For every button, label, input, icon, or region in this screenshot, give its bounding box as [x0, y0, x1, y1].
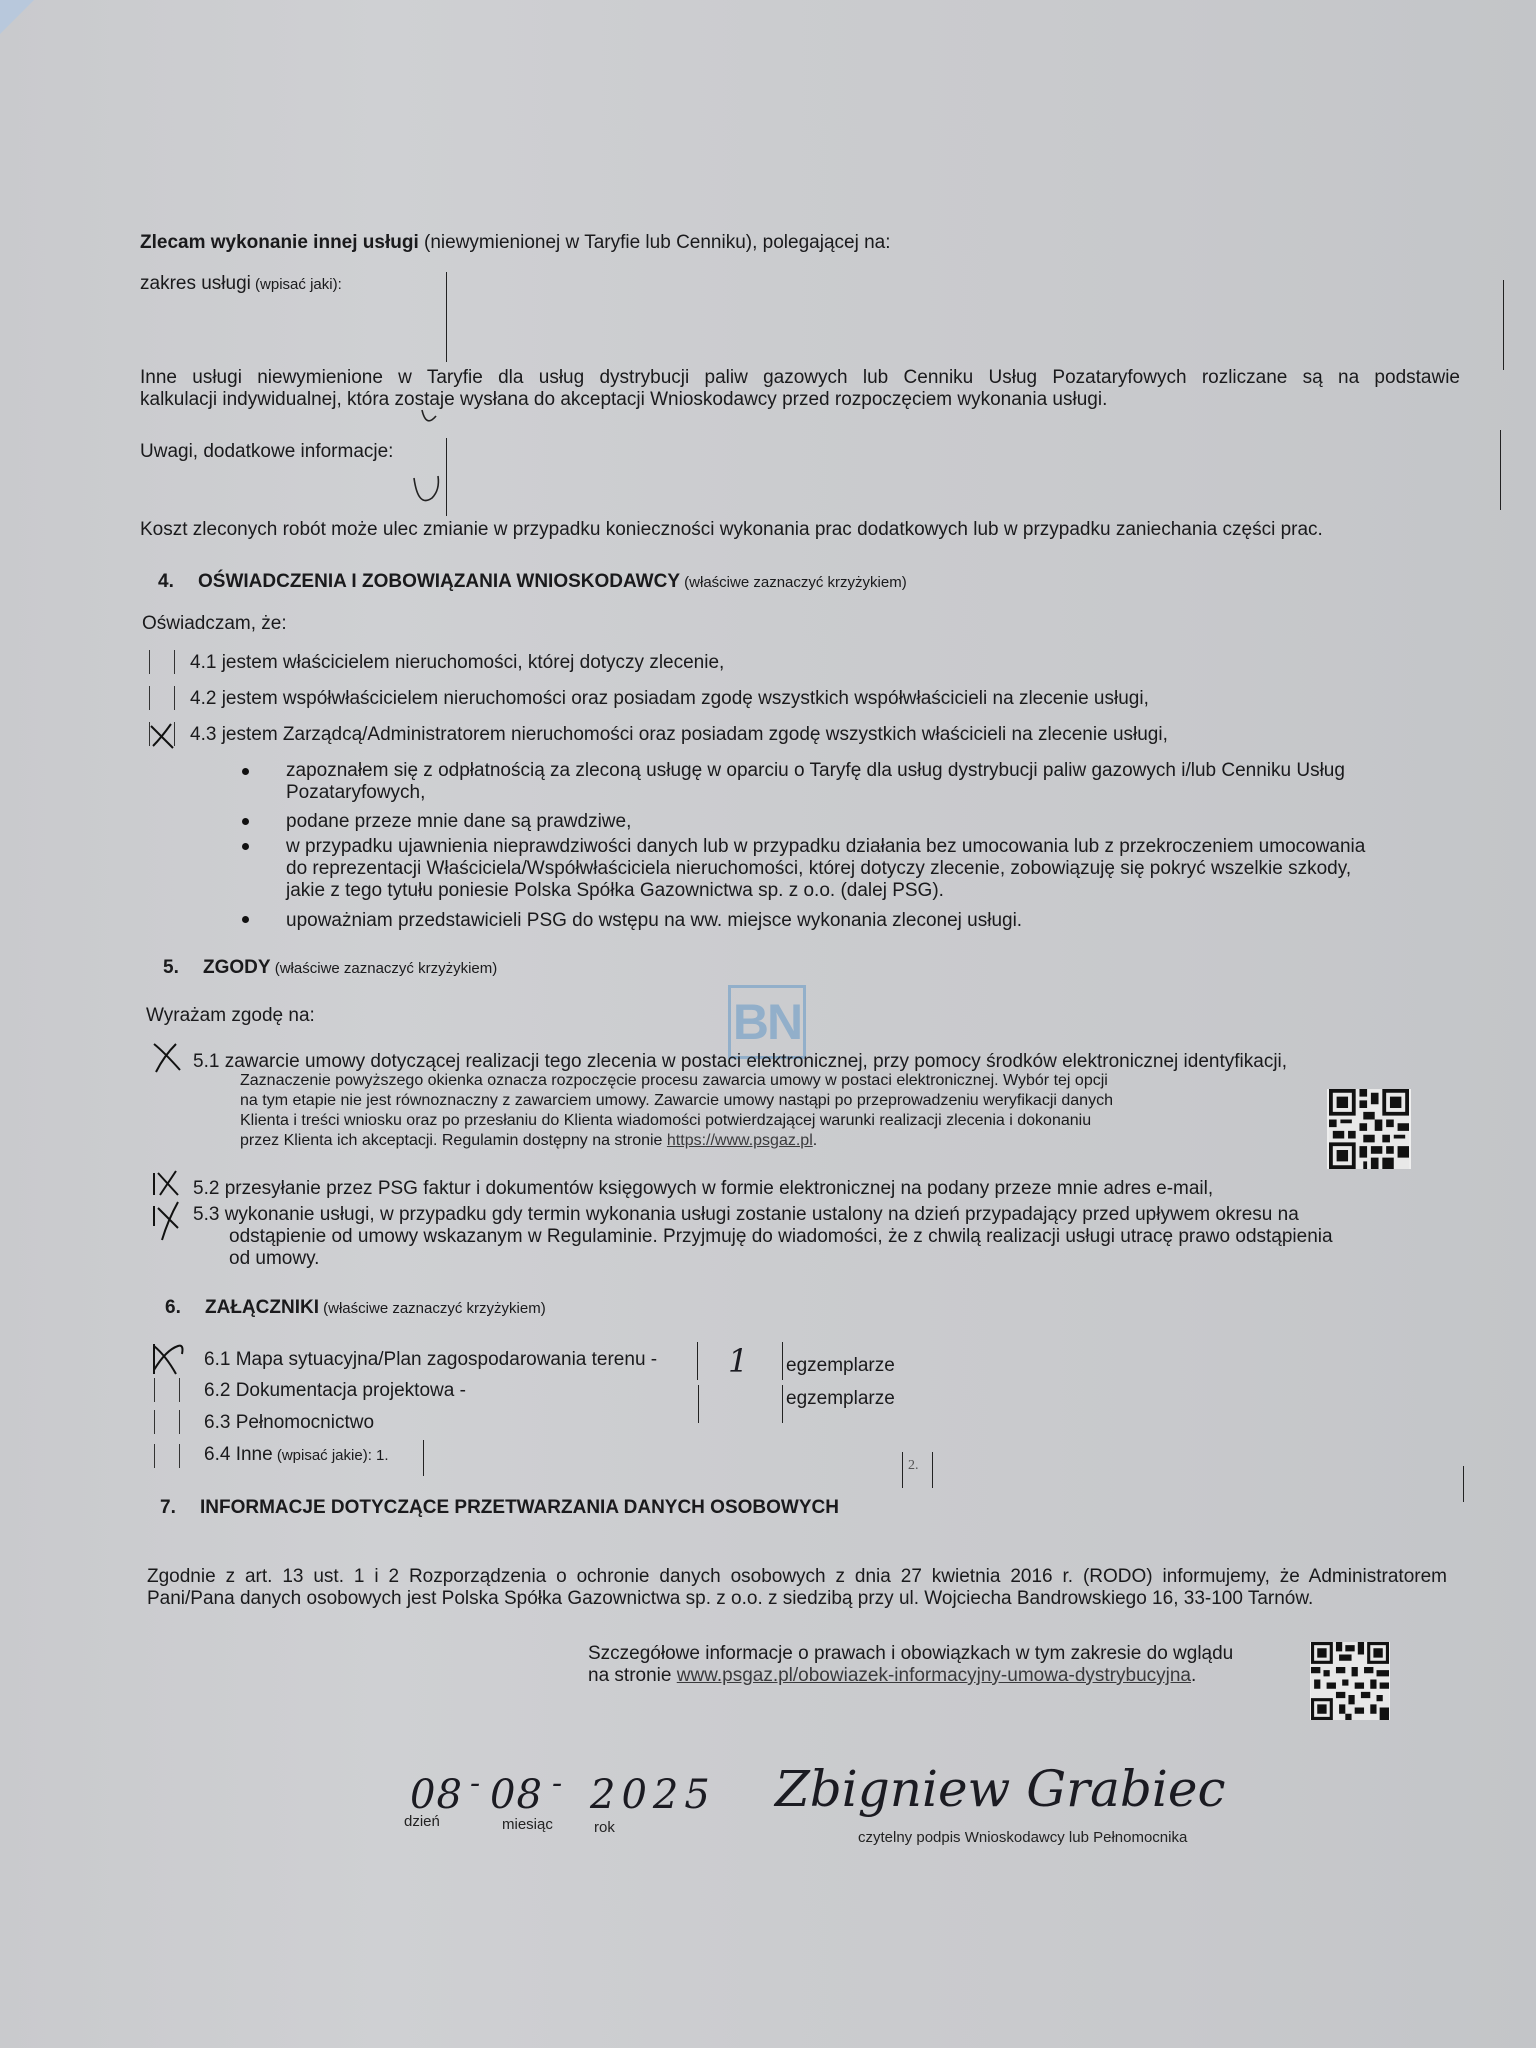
remarks-field-right-edge — [1500, 430, 1501, 510]
bn-watermark-logo: BN — [728, 985, 806, 1059]
statement-1-line1: zapoznałem się z odpłatnością za zleconą… — [286, 760, 1345, 782]
section7-number: 7. — [160, 1497, 200, 1519]
scope-label-hint: (wpisać jaki): — [251, 276, 342, 293]
cost-note: Koszt zleconych robót może ulec zmianie … — [140, 519, 1323, 541]
checkbox-5-1[interactable] — [150, 1040, 180, 1070]
econtract-info-line1: Zaznaczenie powyższego okienka oznacza r… — [240, 1071, 1113, 1091]
scope-field[interactable] — [448, 270, 1503, 362]
checkbox-5-3[interactable] — [152, 1200, 182, 1240]
bullet-icon — [242, 916, 249, 923]
statement-1: zapoznałem się z odpłatnością za zleconą… — [286, 760, 1345, 804]
attachment-6-4-hint: (wpisać jakie): 1. — [273, 1447, 389, 1464]
applicant-signature[interactable]: Zbigniew Grabiec — [775, 1760, 1225, 1818]
other-field-2-edge — [932, 1452, 933, 1488]
statement-3-line3: jakie z tego tytułu poniesie Polska Spół… — [286, 880, 1365, 902]
econtract-info: Zaznaczenie powyższego okienka oznacza r… — [240, 1071, 1113, 1151]
gdpr-details: Szczegółowe informacje o prawach i obowi… — [588, 1643, 1233, 1687]
checkbox-4-2[interactable] — [149, 686, 175, 710]
other-attachment-field-1[interactable] — [426, 1440, 901, 1476]
option-5-3-line3: od umowy. — [193, 1248, 1333, 1270]
attachment-6-3-label: 6.3 Pełnomocnictwo — [204, 1412, 374, 1434]
date-day-label: dzień — [404, 1813, 440, 1830]
scope-label-text: zakres usługi — [140, 273, 251, 294]
section4-number: 4. — [158, 571, 198, 593]
attachment-6-1-count[interactable]: 1 — [728, 1342, 748, 1380]
section6-heading: 6.ZAŁĄCZNIKI (właściwe zaznaczyć krzyżyk… — [165, 1297, 546, 1320]
section7-heading: 7.INFORMACJE DOTYCZĄCE PRZETWARZANIA DAN… — [160, 1497, 839, 1519]
option-5-3-line1: 5.3 wykonanie usługi, w przypadku gdy te… — [193, 1204, 1333, 1226]
option-5-1-label: 5.1 zawarcie umowy dotyczącej realizacji… — [193, 1051, 1287, 1073]
watermark-text: BN — [733, 993, 801, 1051]
checkbox-4-1[interactable] — [149, 650, 175, 674]
bullet-icon — [242, 768, 249, 775]
date-separator: - — [470, 1766, 480, 1801]
section6-hint: (właściwe zaznaczyć krzyżykiem) — [319, 1300, 546, 1317]
scope-field-left-edge — [446, 272, 447, 362]
attachment-6-2-unit: egzemplarze — [786, 1388, 895, 1410]
section5-heading: 5.ZGODY (właściwe zaznaczyć krzyżykiem) — [163, 957, 497, 980]
attachment-6-2-label: 6.2 Dokumentacja projektowa - — [204, 1380, 466, 1402]
attachment-6-1-unit: egzemplarze — [786, 1355, 895, 1377]
section5-title: ZGODY — [203, 957, 271, 978]
scope-label: zakres usługi (wpisać jaki): — [140, 273, 342, 296]
checkbox-4-3[interactable] — [149, 722, 175, 746]
regulations-link[interactable]: https://www.psgaz.pl — [667, 1132, 813, 1149]
section6-title: ZAŁĄCZNIKI — [205, 1297, 319, 1318]
bullet-icon — [242, 818, 249, 825]
section4-heading: 4.OŚWIADCZENIA I ZOBOWIĄZANIA WNIOSKODAW… — [158, 571, 907, 594]
section7-title: INFORMACJE DOTYCZĄCE PRZETWARZANIA DANYC… — [200, 1497, 839, 1518]
econtract-info-line2: na tym etapie nie jest równoznaczny z za… — [240, 1091, 1113, 1111]
checkbox-6-3[interactable] — [154, 1410, 180, 1434]
attachment-6-1-label: 6.1 Mapa sytuacyjna/Plan zagospodarowani… — [204, 1349, 657, 1371]
gdpr-details-line1: Szczegółowe informacje o prawach i obowi… — [588, 1643, 1233, 1665]
attachment-6-4-label: 6.4 Inne (wpisać jakie): 1. — [204, 1444, 389, 1467]
checkbox-6-1[interactable] — [152, 1340, 188, 1374]
count-field-edge — [782, 1385, 783, 1423]
statement-2: podane przeze mnie dane są prawdziwe, — [286, 811, 631, 833]
cross-mark-icon — [150, 1040, 186, 1076]
econtract-info-suffix: . — [813, 1132, 817, 1149]
cross-mark-icon — [152, 1167, 186, 1201]
qr-code-icon — [1310, 1642, 1390, 1720]
option-5-3-line2: odstąpienie od umowy wskazanym w Regulam… — [193, 1226, 1333, 1248]
option-4-3-label: 4.3 jestem Zarządcą/Administratorem nier… — [190, 724, 1168, 746]
section5-hint: (właściwe zaznaczyć krzyżykiem) — [271, 960, 498, 977]
gdpr-details-prefix: na stronie — [588, 1665, 677, 1686]
statement-1-line2: Pozataryfowych, — [286, 782, 1345, 804]
cross-mark-icon — [152, 1200, 186, 1244]
gdpr-line2: Pani/Pana danych osobowych jest Polska S… — [147, 1588, 1447, 1610]
count-field-edge — [782, 1342, 783, 1380]
date-separator: - — [552, 1766, 562, 1801]
statement-3: w przypadku ujawnienia nieprawdziwości d… — [286, 836, 1365, 902]
other-field-2-label: 2. — [908, 1458, 919, 1474]
date-month-label: miesiąc — [502, 1816, 553, 1833]
cross-mark-icon — [152, 1340, 192, 1380]
other-service-heading-rest: (niewymienionej w Taryfie lub Cenniku), … — [419, 232, 891, 253]
gdpr-line1: Zgodnie z art. 13 ust. 1 i 2 Rozporządze… — [147, 1566, 1447, 1588]
other-service-heading-bold: Zlecam wykonanie innej usługi — [140, 232, 419, 253]
signature-caption: czytelny podpis Wnioskodawcy lub Pełnomo… — [858, 1829, 1187, 1846]
statement-4: upoważniam przedstawicieli PSG do wstępu… — [286, 910, 1022, 932]
document-page: Zlecam wykonanie innej usługi (niewymien… — [0, 0, 1536, 2048]
statement-3-line2: do reprezentacji Właściciela/Współwłaści… — [286, 858, 1365, 880]
checkbox-6-4[interactable] — [154, 1444, 180, 1468]
remarks-label: Uwagi, dodatkowe informacje: — [140, 441, 393, 463]
date-month[interactable]: 08 — [490, 1772, 543, 1818]
count-field-edge — [698, 1385, 699, 1423]
scope-field-right-edge — [1503, 280, 1504, 370]
section6-number: 6. — [165, 1297, 205, 1319]
option-4-2-label: 4.2 jestem współwłaścicielem nieruchomoś… — [190, 688, 1149, 710]
statement-3-line1: w przypadku ujawnienia nieprawdziwości d… — [286, 836, 1365, 858]
date-year[interactable]: 2025 — [590, 1772, 716, 1818]
option-4-1-label: 4.1 jestem właścicielem nieruchomości, k… — [190, 652, 724, 674]
econtract-info-line4: przez Klienta ich akceptacji. Regulamin … — [240, 1132, 667, 1149]
handwritten-mark-icon — [408, 400, 448, 520]
gdpr-paragraph: Zgodnie z art. 13 ust. 1 i 2 Rozporządze… — [147, 1566, 1447, 1610]
other-field-2-edge — [902, 1452, 903, 1488]
econtract-info-line3: Klienta i treści wniosku oraz po przesła… — [240, 1111, 1113, 1131]
gdpr-details-suffix: . — [1191, 1665, 1196, 1686]
option-5-3-label: 5.3 wykonanie usługi, w przypadku gdy te… — [193, 1204, 1333, 1270]
checkbox-5-2[interactable] — [152, 1167, 182, 1197]
other-service-heading: Zlecam wykonanie innej usługi (niewymien… — [140, 232, 890, 254]
date-day[interactable]: 08 — [410, 1772, 463, 1818]
section4-lead: Oświadczam, że: — [142, 613, 287, 635]
other-services-note-line1: Inne usługi niewymienione w Taryfie dla … — [140, 367, 1460, 389]
attachment-6-4-text: 6.4 Inne — [204, 1444, 273, 1465]
other-field-1-edge — [423, 1440, 424, 1476]
cross-mark-icon — [147, 716, 179, 752]
other-services-note: Inne usługi niewymienione w Taryfie dla … — [140, 367, 1460, 411]
count-field-edge — [697, 1342, 698, 1380]
option-5-2-label: 5.2 przesyłanie przez PSG faktur i dokum… — [193, 1178, 1213, 1200]
section5-lead: Wyrażam zgodę na: — [146, 1005, 315, 1027]
section4-hint: (właściwe zaznaczyć krzyżykiem) — [680, 574, 907, 591]
checkbox-6-2[interactable] — [154, 1378, 180, 1402]
bullet-icon — [242, 843, 249, 850]
other-field-2-edge — [1463, 1466, 1464, 1502]
remarks-field[interactable] — [448, 436, 1498, 516]
date-year-label: rok — [594, 1819, 615, 1836]
section5-number: 5. — [163, 957, 203, 979]
gdpr-info-link[interactable]: www.psgaz.pl/obowiazek-informacyjny-umow… — [677, 1665, 1191, 1686]
other-attachment-field-2[interactable] — [935, 1452, 1463, 1488]
section4-title: OŚWIADCZENIA I ZOBOWIĄZANIA WNIOSKODAWCY — [198, 571, 680, 592]
other-services-note-line2: kalkulacji indywidualnej, która zostaje … — [140, 389, 1460, 411]
qr-code-icon — [1327, 1089, 1411, 1169]
